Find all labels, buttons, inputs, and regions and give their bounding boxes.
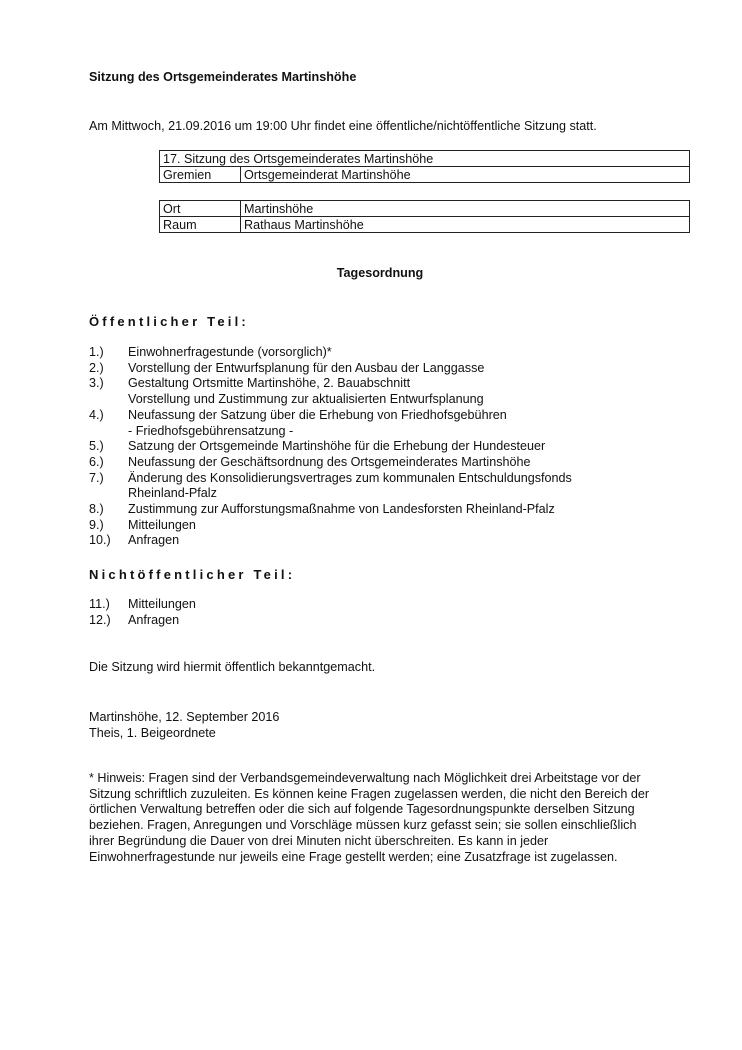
gremien-value: Ortsgemeinderat Martinshöhe (241, 167, 690, 183)
agenda-item: 11.)Mitteilungen (89, 597, 689, 613)
public-agenda-list: 1.)Einwohnerfragestunde (vorsorglich)*2.… (89, 345, 689, 549)
agenda-item-number: 2.) (89, 361, 128, 377)
agenda-item-text: Vorstellung der Entwurfsplanung für den … (128, 361, 689, 377)
ort-label: Ort (160, 201, 241, 217)
agenda-item-number: 9.) (89, 518, 128, 534)
agenda-item-text: Neufassung der Satzung über die Erhebung… (128, 408, 689, 424)
agenda-item-number: 7.) (89, 471, 128, 487)
agenda-item: 12.)Anfragen (89, 613, 689, 629)
public-section-heading: Öffentlicher Teil: (89, 314, 249, 329)
place-date: Martinshöhe, 12. September 2016 (89, 709, 279, 725)
agenda-item: 4.)Neufassung der Satzung über die Erheb… (89, 408, 689, 424)
agenda-item: Vorstellung und Zustimmung zur aktualisi… (89, 392, 689, 408)
document-title: Sitzung des Ortsgemeinderates Martinshöh… (89, 70, 356, 84)
raum-label: Raum (160, 217, 241, 233)
agenda-item-text: Anfragen (128, 613, 689, 629)
agenda-item: 7.)Änderung des Konsolidierungsvertrages… (89, 471, 689, 487)
private-agenda-list: 11.)Mitteilungen12.)Anfragen (89, 597, 689, 628)
agenda-item-number: 4.) (89, 408, 128, 424)
publication-notice: Die Sitzung wird hiermit öffentlich beka… (89, 660, 375, 674)
agenda-item-text: Satzung der Ortsgemeinde Martinshöhe für… (128, 439, 689, 455)
agenda-heading: Tagesordnung (0, 266, 742, 280)
agenda-item: 10.)Anfragen (89, 533, 689, 549)
agenda-item-text: Anfragen (128, 533, 689, 549)
agenda-item-text: Mitteilungen (128, 597, 689, 613)
agenda-item: - Friedhofsgebührensatzung - (89, 424, 689, 440)
agenda-item-number (89, 392, 128, 408)
agenda-item-text: Neufassung der Geschäftsordnung des Orts… (128, 455, 689, 471)
agenda-item: 6.)Neufassung der Geschäftsordnung des O… (89, 455, 689, 471)
agenda-item: 5.)Satzung der Ortsgemeinde Martinshöhe … (89, 439, 689, 455)
agenda-item-text: Gestaltung Ortsmitte Martinshöhe, 2. Bau… (128, 376, 689, 392)
agenda-item-number: 6.) (89, 455, 128, 471)
signature-block: Martinshöhe, 12. September 2016 Theis, 1… (89, 709, 279, 741)
meeting-intro: Am Mittwoch, 21.09.2016 um 19:00 Uhr fin… (89, 119, 597, 133)
agenda-item-text: Änderung des Konsolidierungsvertrages zu… (128, 471, 689, 487)
agenda-item: Rheinland-Pfalz (89, 486, 689, 502)
session-info-table: 17. Sitzung des Ortsgemeinderates Martin… (159, 150, 690, 183)
agenda-item-number: 1.) (89, 345, 128, 361)
raum-value: Rathaus Martinshöhe (241, 217, 690, 233)
agenda-item: 8.)Zustimmung zur Aufforstungsmaßnahme v… (89, 502, 689, 518)
agenda-item: 3.)Gestaltung Ortsmitte Martinshöhe, 2. … (89, 376, 689, 392)
agenda-item-number: 10.) (89, 533, 128, 549)
agenda-item-number: 11.) (89, 597, 128, 613)
agenda-item: 2.)Vorstellung der Entwurfsplanung für d… (89, 361, 689, 377)
gremien-label: Gremien (160, 167, 241, 183)
agenda-item-number (89, 486, 128, 502)
agenda-item-number (89, 424, 128, 440)
agenda-item-text: Mitteilungen (128, 518, 689, 534)
ort-value: Martinshöhe (241, 201, 690, 217)
location-info-table: Ort Martinshöhe Raum Rathaus Martinshöhe (159, 200, 690, 233)
agenda-item: 1.)Einwohnerfragestunde (vorsorglich)* (89, 345, 689, 361)
agenda-item-number: 5.) (89, 439, 128, 455)
agenda-item: 9.)Mitteilungen (89, 518, 689, 534)
agenda-item-text: Vorstellung und Zustimmung zur aktualisi… (128, 392, 689, 408)
footnote-hint: * Hinweis: Fragen sind der Verbandsgemei… (89, 771, 659, 865)
agenda-item-number: 12.) (89, 613, 128, 629)
agenda-item-text: Zustimmung zur Aufforstungsmaßnahme von … (128, 502, 689, 518)
agenda-item-number: 8.) (89, 502, 128, 518)
session-header-cell: 17. Sitzung des Ortsgemeinderates Martin… (160, 151, 690, 167)
agenda-item-text: - Friedhofsgebührensatzung - (128, 424, 689, 440)
agenda-item-text: Rheinland-Pfalz (128, 486, 689, 502)
signature: Theis, 1. Beigeordnete (89, 725, 279, 741)
agenda-item-text: Einwohnerfragestunde (vorsorglich)* (128, 345, 689, 361)
private-section-heading: Nichtöffentlicher Teil: (89, 567, 295, 582)
agenda-item-number: 3.) (89, 376, 128, 392)
